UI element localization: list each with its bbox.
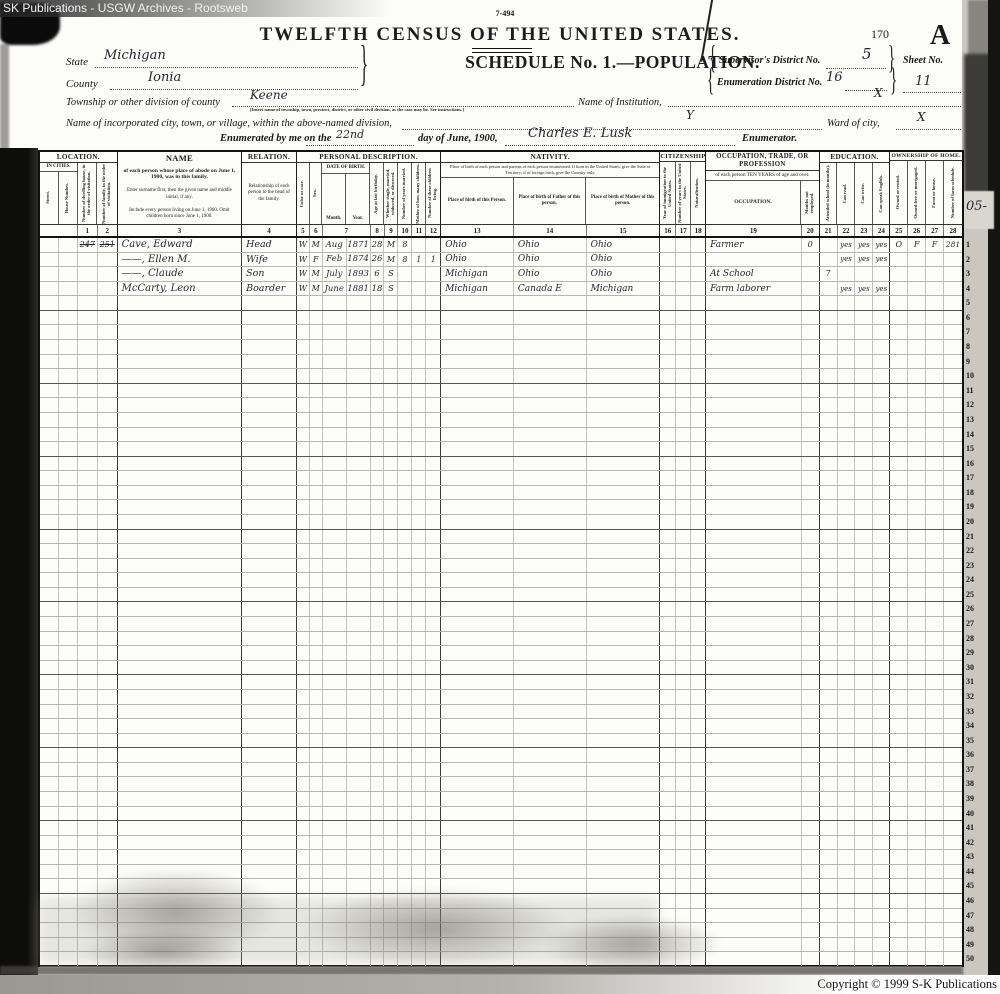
table-cell — [98, 588, 118, 602]
table-cell — [297, 369, 310, 383]
table-cell — [98, 646, 118, 660]
table-cell — [691, 792, 706, 806]
table-cell — [347, 311, 371, 325]
table-cell — [98, 486, 118, 500]
table-cell — [426, 661, 441, 675]
table-cell — [323, 879, 347, 893]
table-cell — [412, 719, 426, 733]
table-cell — [514, 748, 587, 762]
table-cell — [691, 559, 706, 573]
table-cell — [323, 471, 347, 485]
table-cell — [40, 384, 59, 398]
table-cell — [802, 938, 820, 952]
table-cell — [873, 879, 890, 893]
table-cell — [323, 777, 347, 791]
table-cell — [944, 661, 962, 675]
table-cell — [118, 675, 242, 689]
table-cell — [297, 705, 310, 719]
table-cell — [855, 807, 873, 821]
table-cell — [587, 515, 661, 529]
in-cities-label: IN CITIES. — [40, 163, 77, 172]
table-cell — [297, 530, 310, 544]
table-cell — [78, 719, 98, 733]
table-cell — [398, 369, 412, 383]
table-cell — [660, 675, 676, 689]
table-cell — [706, 792, 802, 806]
handwritten-entry: Farmer — [710, 240, 743, 250]
table-cell — [908, 398, 926, 412]
table-cell — [890, 792, 908, 806]
table-cell — [890, 282, 908, 296]
table-cell — [426, 311, 441, 325]
table-cell — [873, 442, 890, 456]
table-cell: M — [310, 267, 323, 281]
age-col-header: Age at last birthday. — [374, 174, 379, 214]
table-cell — [706, 398, 802, 412]
table-cell — [587, 442, 661, 456]
table-cell: F — [926, 238, 944, 252]
table-cell — [98, 530, 118, 544]
table-cell — [926, 705, 944, 719]
table-cell — [873, 690, 890, 704]
table-cell — [412, 821, 426, 835]
table-cell — [873, 398, 890, 412]
table-cell — [676, 602, 691, 616]
table-cell — [660, 369, 676, 383]
table-cell — [514, 807, 587, 821]
table-cell — [412, 807, 426, 821]
table-cell — [40, 340, 59, 354]
table-cell — [398, 515, 412, 529]
years-married-col-header: Number of years married. — [402, 168, 407, 219]
margin-row-number: 41 — [966, 821, 986, 836]
table-cell — [587, 573, 661, 587]
free-mortgaged-col-header: Owned free or mortgaged. — [914, 167, 919, 219]
table-cell — [384, 879, 398, 893]
table-cell — [691, 909, 706, 923]
handwritten-entry: Boarder — [246, 283, 285, 294]
handwritten-entry: Wife — [246, 254, 268, 265]
table-cell — [98, 355, 118, 369]
table-cell — [838, 821, 856, 835]
table-cell: Ohio — [514, 253, 587, 267]
table-cell — [802, 413, 820, 427]
table-cell — [242, 850, 297, 864]
table-row — [40, 865, 962, 880]
table-cell — [890, 573, 908, 587]
table-cell — [660, 646, 676, 660]
table-cell — [660, 879, 676, 893]
table-cell — [78, 311, 98, 325]
column-number: 14 — [514, 225, 587, 236]
can-english-col-header: Can speak English. — [879, 175, 884, 213]
table-cell — [676, 850, 691, 864]
table-cell — [944, 646, 962, 660]
table-cell — [310, 355, 323, 369]
table-cell — [59, 705, 78, 719]
table-cell — [676, 500, 691, 514]
table-cell — [59, 879, 78, 893]
table-cell — [890, 340, 908, 354]
margin-handwritten-note: 05- — [966, 199, 987, 214]
table-cell — [426, 748, 441, 762]
table-cell — [347, 457, 371, 471]
table-cell — [691, 661, 706, 675]
table-cell — [40, 632, 59, 646]
table-cell — [384, 384, 398, 398]
table-cell — [297, 413, 310, 427]
table-cell: yes — [838, 238, 856, 252]
table-cell — [78, 355, 98, 369]
table-cell — [691, 646, 706, 660]
table-cell — [855, 588, 873, 602]
watermark-text: SK Publications - USGW Archives - Rootsw… — [3, 1, 248, 15]
table-cell — [347, 296, 371, 310]
table-cell — [514, 690, 587, 704]
table-cell — [59, 544, 78, 558]
table-cell — [873, 296, 890, 310]
table-row — [40, 573, 962, 588]
table-cell — [371, 296, 385, 310]
table-cell — [310, 384, 323, 398]
margin-row-number: 6 — [966, 311, 986, 326]
table-cell — [78, 296, 98, 310]
table-cell — [926, 821, 944, 835]
table-cell — [944, 807, 962, 821]
table-cell — [98, 296, 118, 310]
table-cell — [514, 471, 587, 485]
table-cell — [926, 807, 944, 821]
table-cell: 26 — [371, 253, 385, 267]
margin-row-number: 4 — [966, 282, 986, 297]
handwritten-entry: M — [312, 269, 320, 278]
table-cell — [820, 894, 838, 908]
table-cell — [59, 340, 78, 354]
margin-row-number: 10 — [966, 369, 986, 384]
table-cell — [347, 486, 371, 500]
table-cell — [59, 763, 78, 777]
table-cell — [587, 748, 661, 762]
table-cell — [676, 559, 691, 573]
table-row — [40, 690, 962, 705]
table-cell — [855, 486, 873, 500]
table-cell — [706, 515, 802, 529]
occupation-sub: of each person TEN YEARS of age and over… — [706, 171, 819, 182]
table-cell — [98, 442, 118, 456]
table-cell — [802, 486, 820, 500]
table-cell — [398, 763, 412, 777]
table-cell — [706, 253, 802, 267]
table-cell — [347, 646, 371, 660]
table-cell — [890, 559, 908, 573]
table-cell — [98, 617, 118, 631]
table-cell — [691, 675, 706, 689]
table-cell — [820, 530, 838, 544]
table-cell — [297, 792, 310, 806]
form-number: 7-494 — [470, 9, 540, 18]
table-cell — [323, 763, 347, 777]
table-cell — [78, 442, 98, 456]
table-cell — [873, 515, 890, 529]
table-cell — [706, 894, 802, 908]
table-cell — [926, 850, 944, 864]
handwritten-entry: Farm laborer — [710, 284, 770, 294]
table-cell — [98, 340, 118, 354]
table-cell — [691, 602, 706, 616]
table-cell — [398, 325, 412, 339]
table-cell — [514, 486, 587, 500]
table-row — [40, 777, 962, 792]
table-cell — [441, 486, 514, 500]
margin-row-number: 21 — [966, 530, 986, 545]
table-cell — [587, 865, 661, 879]
table-cell — [660, 253, 676, 267]
children-living-col-header: Number of these children living. — [428, 163, 438, 224]
table-cell — [78, 850, 98, 864]
table-cell — [660, 777, 676, 791]
table-cell: Ohio — [587, 267, 661, 281]
handwritten-entry: Aug — [326, 240, 343, 250]
table-cell — [347, 850, 371, 864]
table-cell — [40, 748, 59, 762]
table-cell — [890, 296, 908, 310]
table-cell — [310, 530, 323, 544]
table-cell — [676, 311, 691, 325]
table-cell — [944, 559, 962, 573]
table-cell — [820, 340, 838, 354]
table-cell — [78, 748, 98, 762]
table-cell — [412, 865, 426, 879]
table-cell — [78, 821, 98, 835]
table-cell — [426, 879, 441, 893]
table-cell — [926, 559, 944, 573]
table-cell — [323, 588, 347, 602]
table-cell: Ohio — [587, 253, 661, 267]
table-cell — [873, 734, 890, 748]
table-cell — [412, 559, 426, 573]
table-cell: 281 — [944, 238, 962, 252]
table-cell — [873, 325, 890, 339]
table-cell: Cave, Edward — [118, 238, 242, 252]
handwritten-entry: July — [326, 269, 342, 279]
table-cell — [98, 632, 118, 646]
table-cell — [371, 763, 385, 777]
table-cell — [412, 675, 426, 689]
table-cell — [398, 646, 412, 660]
table-cell — [802, 573, 820, 587]
table-cell — [371, 646, 385, 660]
table-cell — [118, 311, 242, 325]
table-cell — [676, 821, 691, 835]
table-cell — [820, 325, 838, 339]
table-cell — [944, 865, 962, 879]
table-cell — [310, 675, 323, 689]
dwelling-col-header: Number of dwelling house, in the order o… — [82, 163, 92, 224]
handwritten-entry: 1893 — [347, 269, 369, 279]
handwritten-entry: Cave, Edward — [122, 239, 193, 250]
table-cell — [855, 952, 873, 966]
table-cell — [802, 340, 820, 354]
table-cell — [660, 602, 676, 616]
table-cell — [890, 369, 908, 383]
table-cell — [98, 369, 118, 383]
table-cell — [59, 617, 78, 631]
table-cell — [98, 865, 118, 879]
table-cell — [412, 428, 426, 442]
table-cell — [441, 777, 514, 791]
table-cell — [890, 530, 908, 544]
table-cell — [371, 602, 385, 616]
table-cell — [587, 602, 661, 616]
table-cell — [908, 646, 926, 660]
table-cell — [398, 500, 412, 514]
table-cell — [323, 340, 347, 354]
table-cell — [412, 602, 426, 616]
table-cell — [855, 705, 873, 719]
table-cell — [242, 836, 297, 850]
table-cell — [514, 340, 587, 354]
table-cell — [398, 267, 412, 281]
margin-row-number: 38 — [966, 777, 986, 792]
table-cell — [98, 705, 118, 719]
table-cell — [347, 325, 371, 339]
table-cell — [441, 792, 514, 806]
table-cell: Michigan — [441, 282, 514, 296]
table-cell — [441, 617, 514, 631]
table-cell — [890, 719, 908, 733]
margin-row-number: 49 — [966, 938, 986, 953]
table-cell — [706, 675, 802, 689]
table-cell — [426, 413, 441, 427]
table-cell — [398, 588, 412, 602]
table-cell — [412, 369, 426, 383]
naturalization-col-header: Naturalization. — [695, 178, 700, 208]
table-cell — [890, 777, 908, 791]
table-cell — [371, 734, 385, 748]
table-cell — [426, 588, 441, 602]
margin-row-number: 18 — [966, 486, 986, 501]
table-cell — [384, 807, 398, 821]
table-cell — [323, 296, 347, 310]
table-cell — [426, 384, 441, 398]
margin-row-number: 34 — [966, 719, 986, 734]
handwritten-entry: Feb — [326, 254, 342, 264]
margin-row-number: 40 — [966, 807, 986, 822]
column-number: 2 — [98, 225, 118, 236]
table-cell — [706, 559, 802, 573]
table-row: ——, ClaudeSonWMJuly18936SMichiganOhioOhi… — [40, 267, 962, 282]
table-cell — [384, 369, 398, 383]
table-cell — [118, 705, 242, 719]
table-cell — [944, 734, 962, 748]
table-cell — [838, 544, 856, 558]
table-cell — [118, 515, 242, 529]
table-cell — [384, 355, 398, 369]
table-row — [40, 471, 962, 486]
table-cell — [926, 719, 944, 733]
table-cell — [78, 413, 98, 427]
table-cell — [384, 588, 398, 602]
table-cell: 8 — [398, 238, 412, 252]
table-cell — [676, 238, 691, 252]
table-cell — [820, 850, 838, 864]
table-cell — [323, 705, 347, 719]
table-cell — [820, 879, 838, 893]
table-cell — [398, 340, 412, 354]
margin-row-number: 16 — [966, 457, 986, 472]
table-cell — [347, 530, 371, 544]
table-cell — [242, 821, 297, 835]
table-cell — [890, 705, 908, 719]
table-cell — [78, 559, 98, 573]
table-cell — [908, 559, 926, 573]
table-cell — [838, 500, 856, 514]
table-cell — [40, 325, 59, 339]
table-cell — [802, 471, 820, 485]
handwritten-entry: At School — [710, 269, 754, 279]
table-cell — [944, 602, 962, 616]
table-cell — [118, 617, 242, 631]
table-cell — [441, 719, 514, 733]
margin-row-number: 23 — [966, 559, 986, 574]
table-cell — [820, 369, 838, 383]
table-cell — [118, 632, 242, 646]
table-cell — [706, 734, 802, 748]
table-cell — [855, 923, 873, 937]
column-number: 24 — [873, 225, 890, 236]
table-cell — [855, 296, 873, 310]
table-cell — [706, 617, 802, 631]
table-cell — [398, 384, 412, 398]
table-cell — [242, 413, 297, 427]
table-header: LOCATION. IN CITIES. Street. House Numbe… — [38, 150, 964, 238]
table-cell — [310, 632, 323, 646]
table-cell — [297, 325, 310, 339]
table-cell — [820, 500, 838, 514]
table-cell — [873, 369, 890, 383]
table-cell — [412, 340, 426, 354]
table-cell — [838, 836, 856, 850]
table-cell — [310, 792, 323, 806]
table-row — [40, 311, 962, 326]
handwritten-entry: 26 — [372, 254, 383, 264]
table-cell — [398, 457, 412, 471]
handwritten-entry: Ohio — [445, 254, 466, 264]
scan-left-smear — [0, 44, 9, 150]
table-cell — [78, 865, 98, 879]
table-row: McCarty, LeonBoarderWMJune188118SMichiga… — [40, 282, 962, 297]
table-cell — [371, 588, 385, 602]
table-cell — [944, 267, 962, 281]
table-cell — [398, 734, 412, 748]
table-cell — [587, 705, 661, 719]
margin-row-number: 9 — [966, 355, 986, 370]
handwritten-entry: 8 — [402, 255, 407, 264]
table-cell — [384, 748, 398, 762]
table-cell — [944, 588, 962, 602]
margin-row-number: 28 — [966, 632, 986, 647]
dob-header: DATE OF BIRTH. — [322, 163, 369, 174]
table-cell — [514, 384, 587, 398]
table-cell — [855, 500, 873, 514]
table-cell — [426, 530, 441, 544]
table-cell — [838, 792, 856, 806]
table-cell — [706, 952, 802, 966]
table-cell — [412, 238, 426, 252]
table-row — [40, 879, 962, 894]
table-cell — [59, 807, 78, 821]
section-occupation: OCCUPATION, TRADE, OR PROFESSION of each… — [706, 152, 820, 224]
